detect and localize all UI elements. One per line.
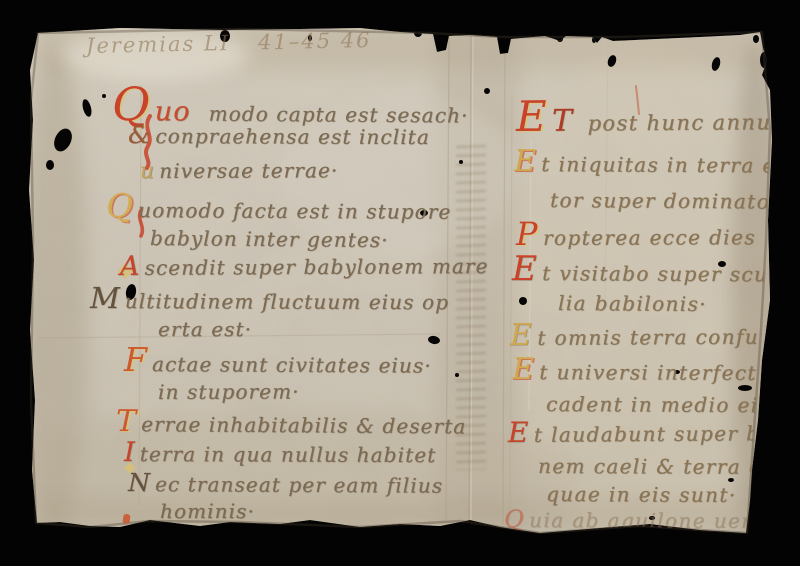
- manuscript-line: Propterea ecce dies: [516, 221, 756, 250]
- line-text: erta est·: [158, 317, 252, 341]
- manuscript-line: ETpost hunc annu: [516, 98, 771, 136]
- illuminated-initial: T: [116, 410, 137, 434]
- illuminated-initial: Q: [112, 86, 151, 123]
- line-text: quae in eis sunt·: [546, 482, 737, 507]
- illuminated-initial: N: [128, 473, 151, 493]
- annotation-verse-range: 41–45 46: [258, 28, 372, 54]
- illuminated-initial: E: [516, 100, 548, 134]
- illuminated-initial: A: [120, 256, 141, 278]
- line-text: t universi interfecti·: [539, 360, 772, 385]
- manuscript-text-layer: Jeremias LI41–45 46 Quomodo capta est se…: [0, 0, 800, 566]
- line-text: niversae terrae·: [159, 158, 338, 183]
- line-text: uomodo facta est in stupore: [138, 198, 451, 224]
- illuminated-initial: F: [124, 347, 148, 374]
- manuscript-line: Terrae inhabitabilis & deserta: [116, 410, 467, 438]
- manuscript-line: Nec transeat per eam filius: [128, 472, 443, 498]
- line-text: conpraehensa est inclita: [155, 124, 430, 149]
- line-text: scendit super babylonem mare: [145, 254, 489, 280]
- manuscript-line: Quomodo facta est in stupore: [106, 193, 452, 224]
- illuminated-initial: E: [510, 324, 533, 348]
- manuscript-line: Et omnis terra confundetur: [510, 322, 800, 350]
- manuscript-line: erta est·: [158, 317, 252, 341]
- manuscript-line: universae terrae·: [140, 158, 338, 183]
- manuscript-line: Et visitabo super scu: [512, 256, 768, 286]
- line-text: post hunc annu: [587, 110, 771, 135]
- line-text: in stuporem·: [158, 380, 300, 404]
- line-text: terra in qua nullus habitet: [140, 442, 437, 467]
- line-text: hominis·: [160, 499, 255, 523]
- manuscript-line: Ascendit super babylonem mare: [120, 254, 489, 280]
- manuscript-line: lia babilonis·: [558, 291, 707, 316]
- manuscript-line: tor super dominatorem·: [550, 188, 800, 214]
- illuminated-initial: E: [508, 422, 530, 445]
- line-text: tor super dominatorem·: [550, 188, 800, 214]
- line-text: babylon inter gentes·: [150, 226, 389, 252]
- manuscript-line: babylon inter gentes·: [150, 226, 389, 252]
- manuscript-line: Factae sunt civitates eius·: [124, 347, 432, 378]
- line-text: actae sunt civitates eius·: [152, 352, 432, 377]
- line-text: ropterea ecce dies: [543, 225, 756, 250]
- manuscript-line: Multitudinem fluctuum eius op: [90, 287, 449, 314]
- manuscript-line: Iterra in qua nullus habitet: [124, 442, 436, 467]
- annotation-book: Jeremias LI: [86, 31, 231, 58]
- illuminated-initial: T: [552, 110, 574, 134]
- manuscript-line: Quomodo capta est sesach·: [112, 86, 469, 127]
- manuscript-line: in stuporem·: [158, 380, 300, 404]
- line-text: ec transeat per eam filius: [155, 472, 443, 498]
- manuscript-line: &conpraehensa est inclita: [128, 124, 430, 149]
- manuscript-line: Et iniquitas in terra et: [514, 150, 785, 177]
- illuminated-initial: &: [128, 125, 151, 145]
- manuscript-line: nem caeli & terra et: [538, 454, 772, 479]
- line-text: lia babilonis·: [558, 291, 707, 316]
- show-through-text: [456, 144, 486, 470]
- line-text: nem caeli & terra et: [538, 454, 772, 479]
- line-text: ultitudinem fluctuum eius op: [125, 289, 449, 314]
- illuminated-initial: E: [512, 256, 538, 283]
- illuminated-initial: u: [140, 163, 155, 181]
- illuminated-initial: uo: [155, 101, 191, 123]
- illuminated-initial: Q: [106, 193, 134, 220]
- modern-annotation-heading: Jeremias LI41–45 46: [86, 28, 372, 58]
- photo-backdrop: Jeremias LI41–45 46 Quomodo capta est se…: [0, 0, 800, 566]
- illuminated-initial: Q: [504, 510, 525, 529]
- torn-initial-mark: [122, 514, 130, 525]
- line-text: errae inhabitabilis & deserta: [141, 412, 466, 438]
- manuscript-line: quae in eis sunt·: [546, 482, 737, 507]
- manuscript-line: hominis·: [160, 499, 255, 523]
- illuminated-initial: I: [124, 442, 136, 464]
- illuminated-initial: E: [512, 358, 535, 382]
- illuminated-initial: E: [514, 150, 537, 174]
- line-text: t iniquitas in terra et: [541, 152, 785, 177]
- illuminated-initial: M: [90, 287, 121, 310]
- line-text: t visitabo super scu: [542, 261, 768, 286]
- illuminated-initial: P: [516, 222, 539, 248]
- manuscript-line: Et universi interfecti·: [512, 358, 772, 385]
